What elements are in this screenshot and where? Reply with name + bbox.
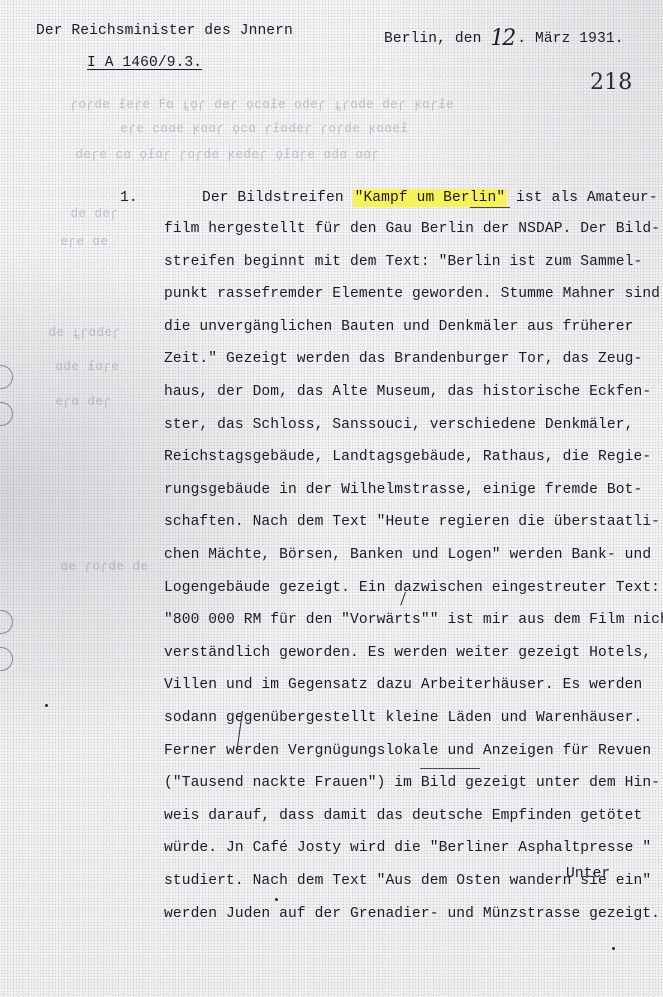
show-through-text: ɘƚɿɒʞ ɿɘb ɘbɒɿɟ ɿɘbo ɘƚɒɔǫ ɿɘb ɿǫɟ ɒꟻ ɘɿ… xyxy=(70,96,454,112)
paragraph-line: werden Juden auf der Grenadier- und Münz… xyxy=(164,906,660,922)
paragraph-line: ("Tausend nackte Frauen") im Bild gezeig… xyxy=(164,775,660,791)
show-through-text: ɿɒɒ ɒbɒ ɘɿɒƚǫ ɿɘbɘʞ ɘbɿoɿ ɿɒƚǫ ɒɔ ɘɿɘb xyxy=(75,148,379,162)
item-number: 1. xyxy=(120,190,138,206)
punch-hole xyxy=(0,365,13,389)
paragraph-line: Zeit." Gezeigt werden das Brandenburger … xyxy=(164,351,642,367)
show-through-text: ɿɘb ɒɿɘ xyxy=(55,395,111,409)
paragraph-line: ster, das Schloss, Sanssouci, verschiede… xyxy=(164,417,633,433)
reference-number: I A 1460/9.3. xyxy=(87,55,202,71)
show-through-text: ɘɒ ɘɿɘ xyxy=(60,235,108,249)
show-through-text: ɿɘb ɘb xyxy=(70,207,118,221)
paragraph-line: film hergestellt für den Gau Berlin der … xyxy=(164,221,660,237)
dateline-prefix: Berlin, den xyxy=(384,31,481,47)
paragraph-line: sodann gegenübergestellt kleine Läden un… xyxy=(164,710,642,726)
paragraph-line: verständlich geworden. Es werden weiter … xyxy=(164,645,651,661)
pencil-underline xyxy=(470,207,510,208)
paragraph-line: die unvergänglichen Bauten und Denkmäler… xyxy=(164,319,633,335)
paragraph-line: Logengebäude gezeigt. Ein dazwischen ein… xyxy=(164,580,660,596)
speck xyxy=(275,898,278,901)
handwritten-day: 12 xyxy=(490,26,514,51)
paragraph-line: streifen beginnt mit dem Text: "Berlin i… xyxy=(164,254,642,270)
paragraph-line: "800 000 RM für den "Vorwärts"" ist mir … xyxy=(164,612,663,628)
line-text: Der Bildstreifen xyxy=(202,190,353,206)
paragraph-line: haus, der Dom, das Alte Museum, das hist… xyxy=(164,384,651,400)
dateline-suffix: . März 1931. xyxy=(517,31,623,47)
catchword: Unter xyxy=(566,866,610,882)
punch-hole xyxy=(0,610,13,634)
folio-number: 218 xyxy=(590,70,632,95)
paragraph-line: chen Mächte, Börsen, Banken und Logen" w… xyxy=(164,547,651,563)
punch-hole xyxy=(0,647,13,671)
pencil-underline xyxy=(420,768,480,769)
punch-hole xyxy=(0,402,13,426)
paragraph-line: Der Bildstreifen "Kampf um Berlin" ist a… xyxy=(202,190,658,206)
paragraph-line: punkt rassefremder Elemente geworden. St… xyxy=(164,286,660,302)
paragraph-line: rungsgebäude in der Wilhelmstrasse, eini… xyxy=(164,482,642,498)
highlighted-film-title: "Kampf um Berlin" xyxy=(353,189,508,207)
sender-line: Der Reichsminister des Jnnern xyxy=(36,23,293,39)
dateline: Berlin, den 12. März 1931. xyxy=(384,23,624,48)
document-page: ɘƚɿɒʞ ɿɘb ɘbɒɿɟ ɿɘbo ɘƚɒɔǫ ɿɘb ɿǫɟ ɒꟻ ɘɿ… xyxy=(0,0,663,997)
paragraph-line: Reichstagsgebäude, Landtagsgebäude, Rath… xyxy=(164,449,651,465)
show-through-text: ɿɘbɒɿɟ ɘb xyxy=(48,326,120,340)
paragraph-line: Villen und im Gegensatz dazu Arbeiterhäu… xyxy=(164,677,642,693)
paragraph-line: würde. Jn Café Josty wird die "Berliner … xyxy=(164,840,651,856)
show-through-text: ɘb ɘbɿoɿ ɘɒ xyxy=(60,560,148,574)
show-through-text: ɘɿɒƚ ɘbɒ xyxy=(55,360,119,374)
show-through-text: ƚɘɒɒʞ ɘbɿoɿ ɿɘbɒƚɿ ɒɔǫ ɿɒɒʞ ɘɒɒɔ ɘɿɘ xyxy=(120,122,408,136)
speck xyxy=(45,704,48,707)
speck xyxy=(612,947,615,950)
paragraph-line: weis darauf, dass damit das deutsche Emp… xyxy=(164,808,642,824)
paragraph-line: schaften. Nach dem Text "Heute regieren … xyxy=(164,514,660,530)
line-text: ist als Amateur- xyxy=(507,190,658,206)
